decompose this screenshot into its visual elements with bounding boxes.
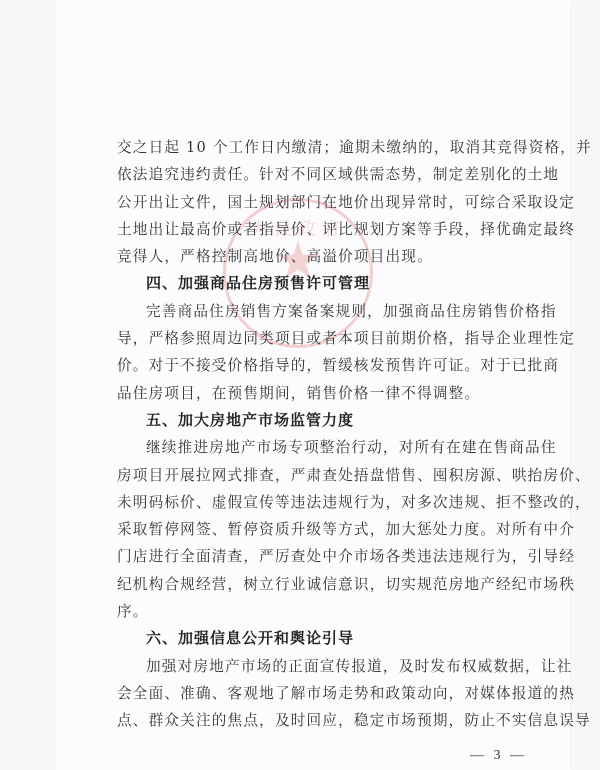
text-line: 依法追究违约责任。针对不同区域供需态势，制定差别化的土地 (117, 161, 529, 188)
text-line: 会全面、准确、客观地了解市场走势和政策动向，对媒体报道的热 (117, 680, 529, 707)
text-line: 采取暂停网签、暂停资质升级等方式，加大惩处力度。对所有中介 (117, 516, 529, 543)
section-heading-4: 四、加强商品住房预售许可管理 (117, 270, 529, 297)
text-line: 加强对房地产市场的正面宣传报道，及时发布权威数据，让社 (117, 653, 529, 680)
document-body: 交之日起 10 个工作日内缴清；逾期未缴纳的，取消其竞得资格，并 依法追究违约责… (117, 134, 529, 735)
text-line: 继续推进房地产市场专项整治行动，对所有在建在售商品住 (117, 434, 529, 461)
paragraph-land-auction: 交之日起 10 个工作日内缴清；逾期未缴纳的，取消其竞得资格，并 依法追究违约责… (117, 134, 529, 270)
paragraph-information-disclosure: 加强对房地产市场的正面宣传报道，及时发布权威数据，让社 会全面、准确、客观地了解… (117, 653, 529, 735)
paragraph-presale-permit: 完善商品住房销售方案备案规则，加强商品住房销售价格指 导，严格参照周边同类项目或… (117, 298, 529, 407)
text-line: 序。 (117, 598, 529, 625)
text-line: 公开出让文件，国土规划部门在地价出现异常时，可综合采取设定 (117, 189, 529, 216)
text-line: 点、群众关注的焦点，及时回应，稳定市场预期，防止不实信息误导 (117, 707, 529, 734)
section-heading-5: 五、加大房地产市场监管力度 (117, 407, 529, 434)
text-line: 未明码标价、虚假宣传等违法违规行为，对多次违规、拒不整改的， (117, 489, 529, 516)
text-line: 竞得人，严格控制高地价、高溢价项目出现。 (117, 243, 529, 270)
text-line: 纪机构合规经营，树立行业诚信意识，切实规范房地产经纪市场秩 (117, 571, 529, 598)
text-line: 完善商品住房销售方案备案规则，加强商品住房销售价格指 (117, 298, 529, 325)
paragraph-market-supervision: 继续推进房地产市场专项整治行动，对所有在建在售商品住 房项目开展拉网式排查，严肃… (117, 434, 529, 625)
text-line: 交之日起 10 个工作日内缴清；逾期未缴纳的，取消其竞得资格，并 (117, 134, 529, 161)
text-line: 门店进行全面清查，严厉查处中介市场各类违法违规行为，引导经 (117, 543, 529, 570)
section-heading-6: 六、加强信息公开和舆论引导 (117, 625, 529, 652)
text-line: 房项目开展拉网式排查，严肃查处捂盘惜售、囤积房源、哄抬房价、 (117, 462, 529, 489)
text-line: 价。对于不接受价格指导的，暂缓核发预售许可证。对于已批商 (117, 352, 529, 379)
text-line: 土地出让最高价或者指导价、评比规划方案等手段，择优确定最终 (117, 216, 529, 243)
text-line: 品住房项目，在预售期间，销售价格一律不得调整。 (117, 380, 529, 407)
text-line: 导，严格参照周边同类项目或者本项目前期价格，指导企业理性定 (117, 325, 529, 352)
page-number: — 3 — (470, 748, 527, 764)
